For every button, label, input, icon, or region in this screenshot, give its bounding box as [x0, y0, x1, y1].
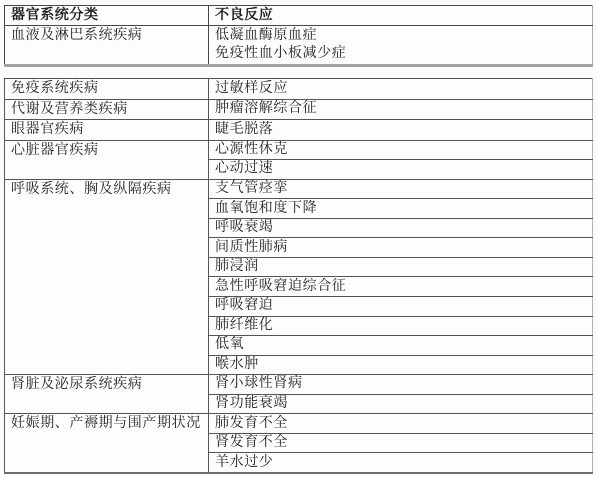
reaction-cell: 呼吸窘迫	[209, 297, 593, 317]
reaction-cell: 睫毛脱落	[209, 120, 593, 141]
reaction-line: 免疫性血小板减少症	[215, 45, 588, 63]
reaction-cell: 肺发育不全	[209, 414, 593, 434]
reaction-cell: 肿瘤溶解综合征	[209, 99, 593, 120]
category-cell: 血液及淋巴系统疾病	[5, 26, 209, 66]
table1-body: 血液及淋巴系统疾病低凝血酶原血症免疫性血小板减少症	[5, 26, 593, 66]
reaction-cell: 喉水肿	[209, 355, 593, 375]
table2-body: 免疫系统疾病过敏样反应代谢及营养类疾病肿瘤溶解综合征眼器官疾病睫毛脱落心脏器官疾…	[5, 79, 593, 473]
table-row: 眼器官疾病睫毛脱落	[5, 120, 593, 141]
reaction-cell: 过敏样反应	[209, 79, 593, 100]
reaction-cell: 血氧饱和度下降	[209, 199, 593, 219]
reaction-cell: 心源性休克	[209, 140, 593, 160]
reaction-cell: 肾小球性肾病	[209, 375, 593, 395]
adverse-reaction-table-main: 免疫系统疾病过敏样反应代谢及营养类疾病肿瘤溶解综合征眼器官疾病睫毛脱落心脏器官疾…	[4, 78, 593, 474]
column-header-adverse-reaction: 不良反应	[209, 6, 593, 26]
category-cell: 眼器官疾病	[5, 120, 209, 141]
reaction-cell: 肾功能衰竭	[209, 394, 593, 414]
table-row: 肾脏及泌尿系统疾病肾小球性肾病	[5, 375, 593, 395]
table-row: 心脏器官疾病心源性休克	[5, 140, 593, 160]
reaction-cell: 羊水过少	[209, 453, 593, 473]
reaction-cell: 低凝血酶原血症免疫性血小板减少症	[209, 26, 593, 66]
column-header-organ-system: 器官系统分类	[5, 6, 209, 26]
category-cell: 免疫系统疾病	[5, 79, 209, 100]
reaction-cell: 急性呼吸窘迫综合征	[209, 277, 593, 297]
table-row: 代谢及营养类疾病肿瘤溶解综合征	[5, 99, 593, 120]
reaction-cell: 呼吸衰竭	[209, 218, 593, 238]
table-row: 妊娠期、产褥期与围产期状况肺发育不全	[5, 414, 593, 434]
reaction-cell: 间质性肺病	[209, 238, 593, 258]
reaction-cell: 肾发育不全	[209, 433, 593, 453]
header-row: 器官系统分类 不良反应	[5, 6, 593, 26]
reaction-line: 低凝血酶原血症	[215, 27, 588, 45]
reaction-cell: 低氧	[209, 336, 593, 356]
category-cell: 呼吸系统、胸及纵隔疾病	[5, 179, 209, 374]
table-row: 呼吸系统、胸及纵隔疾病支气管痉挛	[5, 179, 593, 199]
reaction-cell: 肺纤维化	[209, 316, 593, 336]
reaction-cell: 心动过速	[209, 160, 593, 180]
document-page: 器官系统分类 不良反应 血液及淋巴系统疾病低凝血酶原血症免疫性血小板减少症 免疫…	[0, 0, 597, 477]
reaction-cell: 肺浸润	[209, 257, 593, 277]
category-cell: 肾脏及泌尿系统疾病	[5, 375, 209, 414]
adverse-reaction-table-top: 器官系统分类 不良反应 血液及淋巴系统疾病低凝血酶原血症免疫性血小板减少症	[4, 5, 593, 67]
category-cell: 心脏器官疾病	[5, 140, 209, 179]
reaction-cell: 支气管痉挛	[209, 179, 593, 199]
table-row: 血液及淋巴系统疾病低凝血酶原血症免疫性血小板减少症	[5, 26, 593, 66]
category-cell: 妊娠期、产褥期与围产期状况	[5, 414, 209, 473]
table-row: 免疫系统疾病过敏样反应	[5, 79, 593, 100]
category-cell: 代谢及营养类疾病	[5, 99, 209, 120]
